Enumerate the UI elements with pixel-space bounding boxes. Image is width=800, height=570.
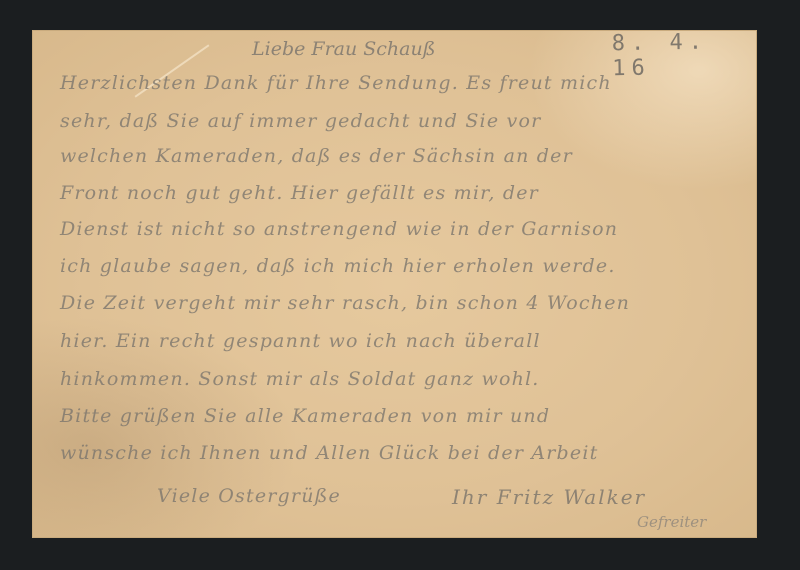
text-line-7: Die Zeit vergeht mir sehr rasch, bin sch…	[60, 292, 630, 314]
text-line-5: Dienst ist nicht so anstrengend wie in d…	[60, 218, 618, 240]
salutation: Liebe Frau Schauß	[252, 38, 435, 60]
text-line-1: Herzlichsten Dank für Ihre Sendung. Es f…	[60, 72, 612, 94]
text-line-11: wünsche ich Ihnen und Allen Glück bei de…	[60, 442, 598, 464]
text-line-4: Front noch gut geht. Hier gefällt es mir…	[60, 182, 539, 204]
text-line-8: hier. Ein recht gespannt wo ich nach übe…	[60, 330, 541, 352]
postcard: 8. 4. 16 Liebe Frau Schauß Herzlichsten …	[32, 30, 757, 538]
text-line-6: ich glaube sagen, daß ich mich hier erho…	[60, 255, 616, 277]
text-line-3: welchen Kameraden, daß es der Sächsin an…	[60, 145, 573, 167]
text-line-10: Bitte grüßen Sie alle Kameraden von mir …	[60, 405, 550, 427]
date: 8. 4. 16	[612, 29, 758, 82]
text-line-9: hinkommen. Sonst mir als Soldat ganz woh…	[60, 368, 540, 390]
text-line-2: sehr, daß Sie auf immer gedacht und Sie …	[60, 110, 541, 132]
signoff: Viele Ostergrüße	[157, 485, 341, 507]
signature: Ihr Fritz Walker	[452, 485, 646, 509]
signature-rank: Gefreiter	[637, 513, 706, 531]
